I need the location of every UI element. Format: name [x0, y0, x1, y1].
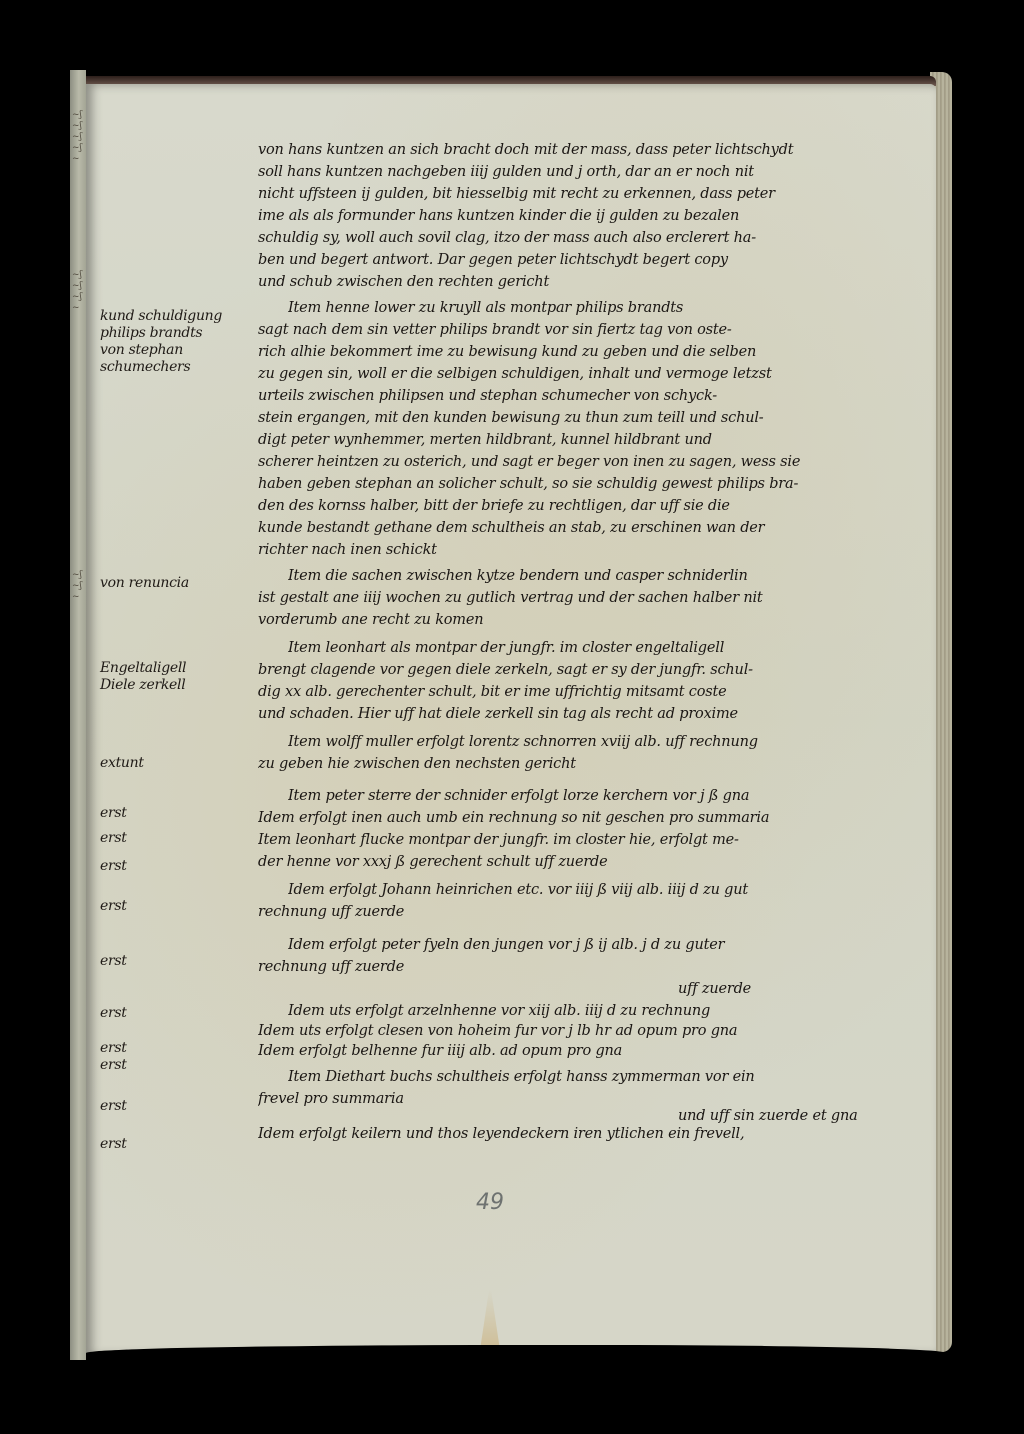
margin-note: kund schuldigung philips brandts von ste… — [100, 308, 222, 376]
text-line: Item leonhart als montpar der jungfr. im… — [288, 637, 938, 659]
text-line: stein ergangen, mit den kunden bewisung … — [258, 407, 938, 429]
interlinear-addition: uff zuerde — [678, 978, 938, 1000]
text-line: Item peter sterre der schnider erfolgt l… — [288, 785, 938, 807]
facing-page-handwriting: ~ʃ~ʃ~ʃ~ʃ~ — [72, 110, 84, 165]
facing-page-handwriting: ~ʃ~ʃ~ʃ~ — [72, 270, 84, 314]
text-line: scherer heintzen zu osterich, und sagt e… — [258, 451, 938, 473]
text-line: vorderumb ane recht zu komen — [258, 609, 938, 631]
margin-note: erst — [100, 830, 127, 847]
text-line: Item Diethart buchs schultheis erfolgt h… — [288, 1066, 938, 1088]
text-line: Idem uts erfolgt clesen von hoheim fur v… — [258, 1020, 938, 1042]
text-line: urteils zwischen philipsen und stephan s… — [258, 385, 938, 407]
text-line: Item henne lower zu kruyll als montpar p… — [288, 297, 938, 319]
text-line: kunde bestandt gethane dem schultheis an… — [258, 517, 938, 539]
text-line: Item leonhart flucke montpar der jungfr.… — [258, 829, 938, 851]
text-line: ist gestalt ane iiij wochen zu gutlich v… — [258, 587, 938, 609]
main-text-block: von hans kuntzen an sich bracht doch mit… — [258, 0, 948, 1434]
text-line: ime als als formunder hans kuntzen kinde… — [258, 205, 938, 227]
text-line: brengt clagende vor gegen diele zerkeln,… — [258, 659, 938, 681]
margin-note: erst — [100, 858, 127, 875]
folio-number: 49 — [476, 1190, 504, 1215]
text-line: rechnung uff zuerde — [258, 901, 938, 923]
facing-page-edge: ~ʃ~ʃ~ʃ~ʃ~ ~ʃ~ʃ~ʃ~ ~ʃ~ʃ~ — [70, 70, 86, 1360]
text-line: rechnung uff zuerde — [258, 956, 938, 978]
text-line: nicht uffsteen ij gulden, bit hiesselbig… — [258, 183, 938, 205]
margin-note: erst — [100, 1136, 127, 1153]
text-line: haben geben stephan an solicher schult, … — [258, 473, 938, 495]
margin-annotations: kund schuldigung philips brandts von ste… — [100, 0, 250, 1434]
text-line: dig xx alb. gerechenter schult, bit er i… — [258, 681, 938, 703]
margin-note: von renuncia — [100, 575, 189, 592]
facing-page-handwriting: ~ʃ~ʃ~ — [72, 570, 84, 603]
margin-note: erst — [100, 1098, 127, 1115]
text-line: Idem erfolgt inen auch umb ein rechnung … — [258, 807, 938, 829]
text-line: der henne vor xxxj ß gerechent schult uf… — [258, 851, 938, 873]
text-line: richter nach inen schickt — [258, 539, 938, 561]
margin-note: erst — [100, 953, 127, 970]
text-line: Idem erfolgt Johann heinrichen etc. vor … — [288, 879, 938, 901]
text-line: Idem erfolgt peter fyeln den jungen vor … — [288, 934, 938, 956]
text-line: ben und begert antwort. Dar gegen peter … — [258, 249, 938, 271]
margin-note: erst — [100, 1040, 127, 1057]
text-line: soll hans kuntzen nachgeben iiij gulden … — [258, 161, 938, 183]
text-line: Item die sachen zwischen kytze bendern u… — [288, 565, 938, 587]
text-line: Idem uts erfolgt arzelnhenne vor xiij al… — [288, 1000, 938, 1022]
margin-note: erst — [100, 1005, 127, 1022]
margin-note: Engeltaligell Diele zerkell — [100, 660, 186, 694]
margin-note: extunt — [100, 755, 144, 772]
margin-note: erst — [100, 1057, 127, 1074]
text-line: Idem erfolgt belhenne fur iiij alb. ad o… — [258, 1040, 938, 1062]
text-line: von hans kuntzen an sich bracht doch mit… — [258, 139, 938, 161]
margin-note: erst — [100, 898, 127, 915]
margin-note: erst — [100, 805, 127, 822]
text-line: und schaden. Hier uff hat diele zerkell … — [258, 703, 938, 725]
text-line: und schub zwischen den rechten gericht — [258, 271, 938, 293]
text-line: schuldig sy, woll auch sovil clag, itzo … — [258, 227, 938, 249]
text-line: zu gegen sin, woll er die selbigen schul… — [258, 363, 938, 385]
text-line: den des kornss halber, bitt der briefe z… — [258, 495, 938, 517]
text-line: zu geben hie zwischen den nechsten geric… — [258, 753, 938, 775]
text-line: digt peter wynhemmer, merten hildbrant, … — [258, 429, 938, 451]
text-line: rich alhie bekommert ime zu bewisung kun… — [258, 341, 938, 363]
text-line: Idem erfolgt keilern und thos leyendecke… — [258, 1123, 938, 1145]
text-line: sagt nach dem sin vetter philips brandt … — [258, 319, 938, 341]
text-line: Item wolff muller erfolgt lorentz schnor… — [288, 731, 938, 753]
